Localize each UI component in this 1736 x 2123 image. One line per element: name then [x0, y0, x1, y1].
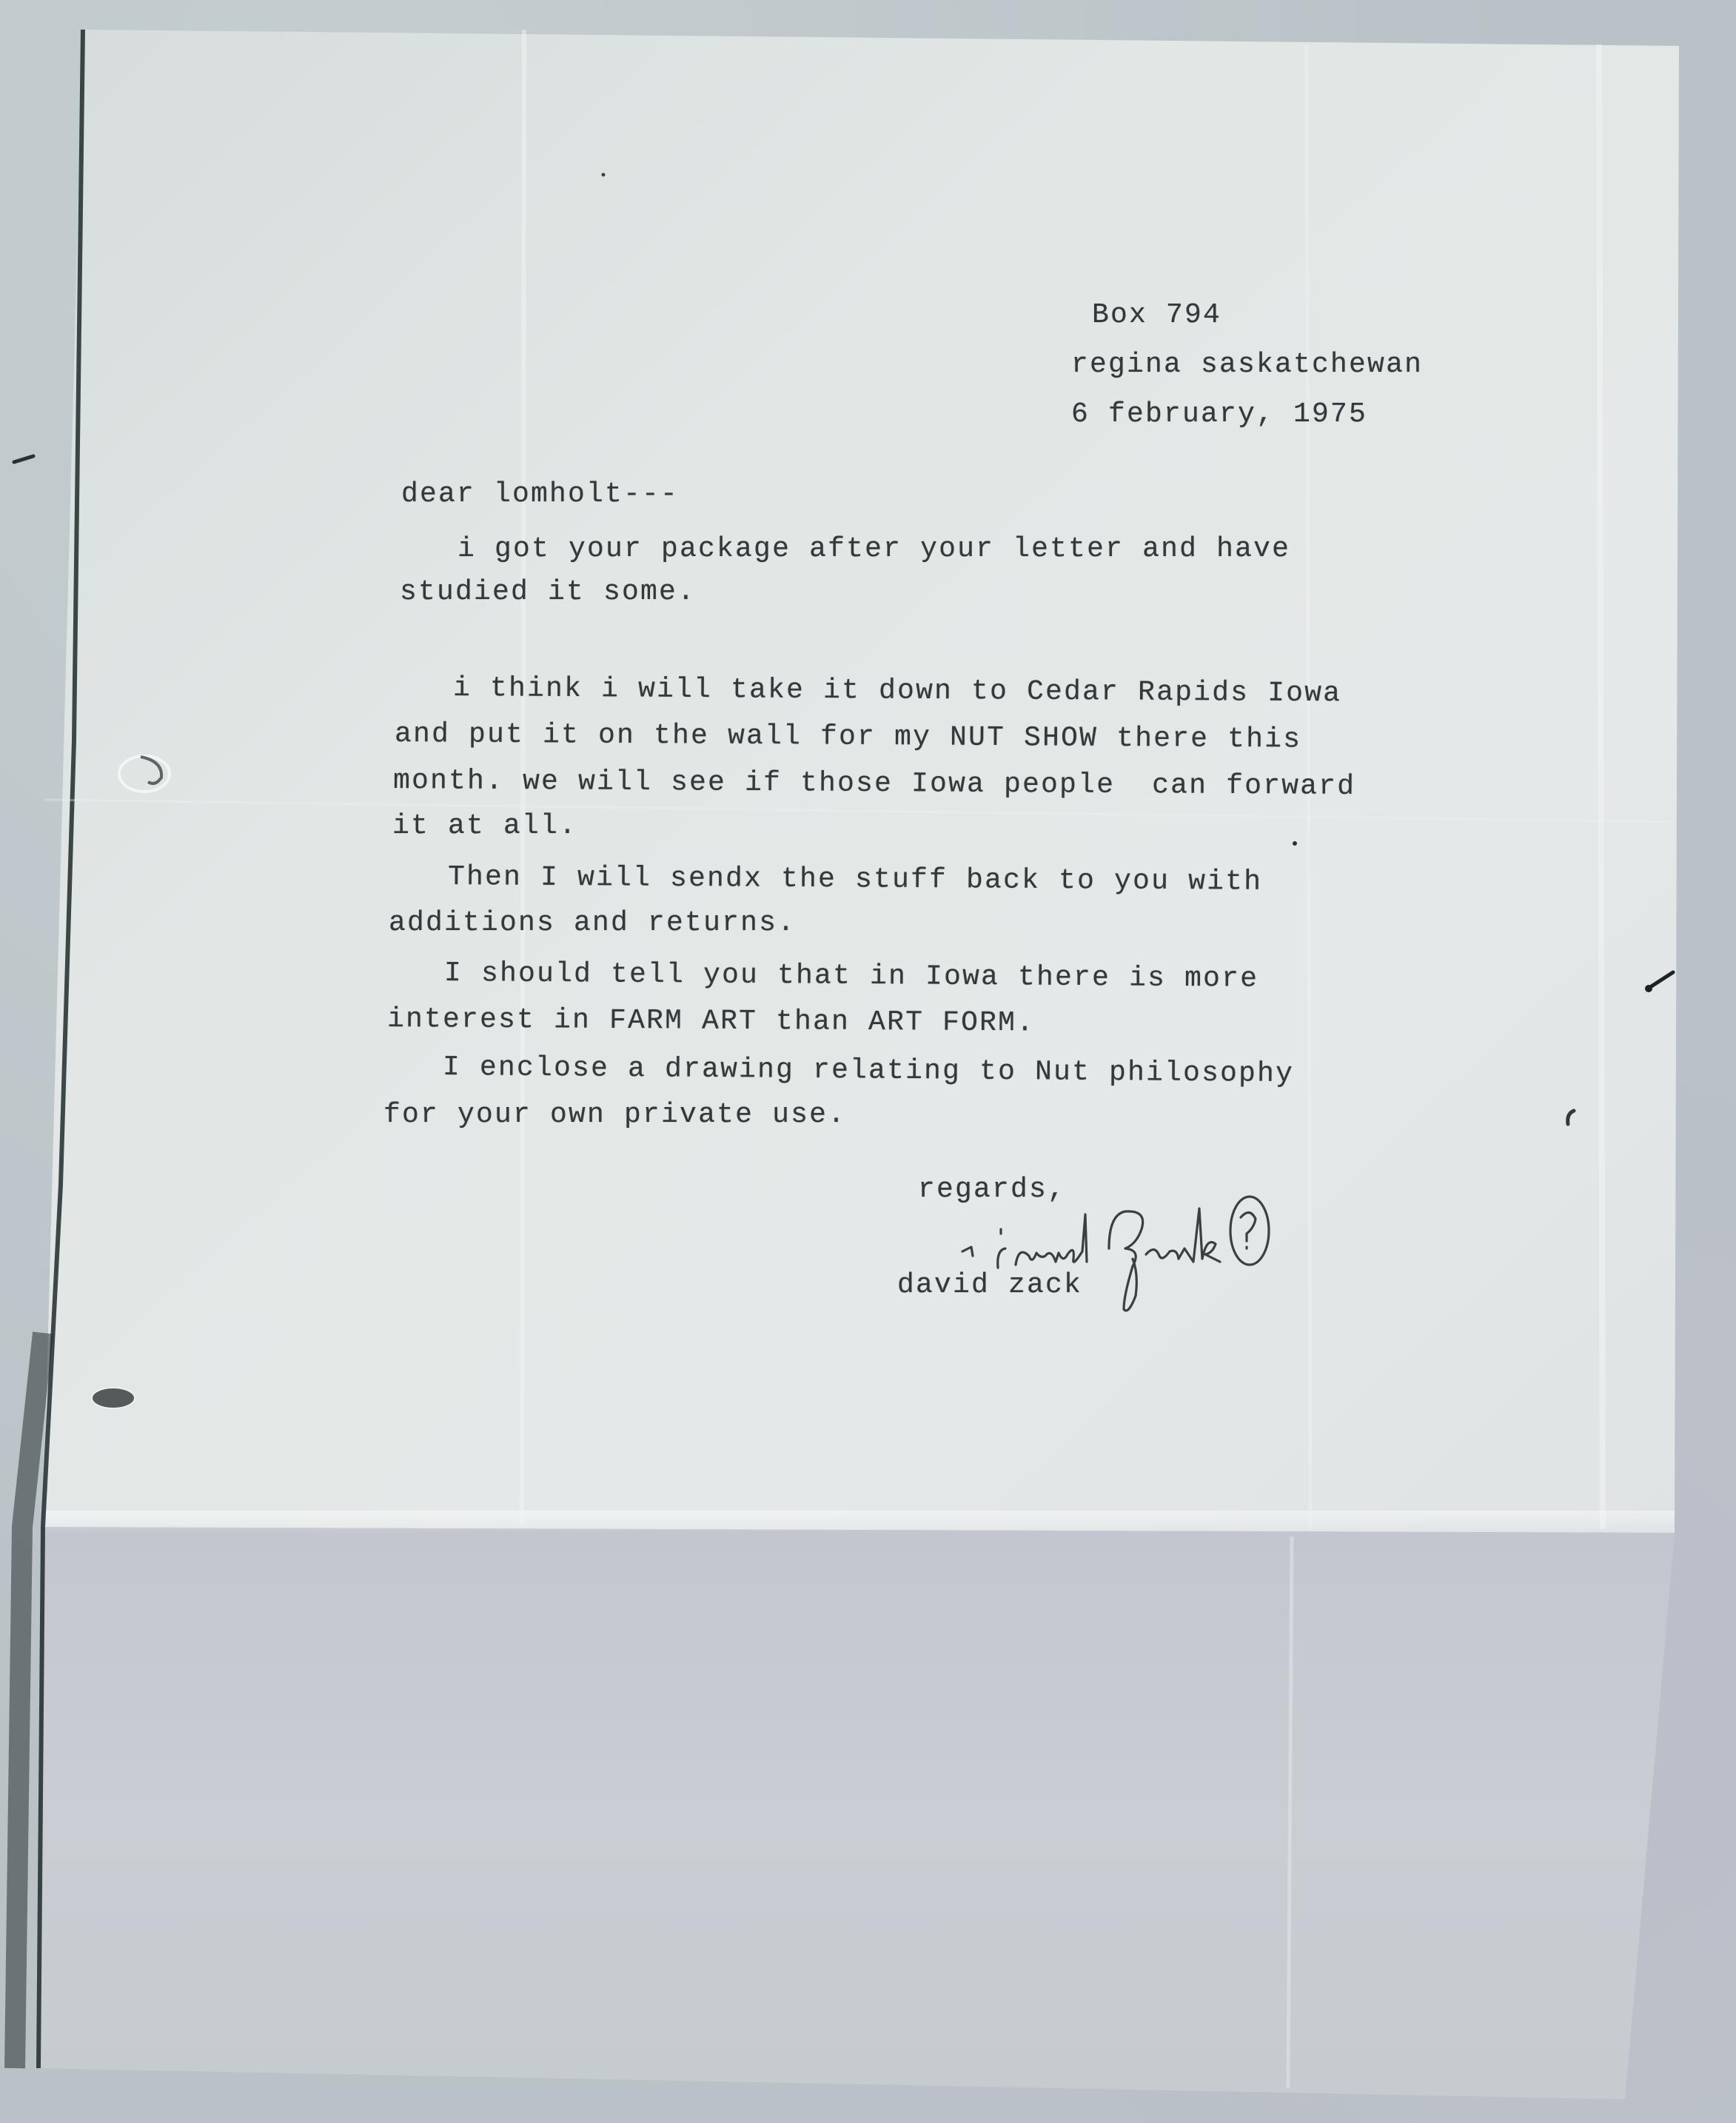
ink-dot-icon: [1290, 839, 1299, 848]
paragraph-2-line-1: i think i will take it down to Cedar Rap…: [453, 672, 1341, 709]
paragraph-5-line-2: for your own private use.: [383, 1099, 846, 1131]
paragraph-2-line-4: it at all.: [392, 810, 577, 842]
punch-hole-emboss-icon: [111, 748, 192, 800]
address-box: Box 794: [1092, 299, 1221, 331]
salutation: dear lomholt---: [401, 478, 679, 510]
ink-mark-icon: [1643, 966, 1680, 996]
paragraph-4-line-2: interest in FARM ART than ART FORM.: [387, 1003, 1035, 1039]
signature-typed-name: david zack: [897, 1269, 1082, 1301]
paragraph-2-line-2: and put it on the wall for my NUT SHOW t…: [395, 718, 1301, 755]
paragraph-2-line-3: month. we will see if those Iowa people …: [393, 765, 1355, 803]
paragraph-3-line-1: Then I will sendx the stuff back to you …: [448, 861, 1262, 898]
paragraph-1-line-1: i got your package after your letter and…: [458, 533, 1290, 565]
ink-mark-icon: [1562, 1103, 1584, 1133]
punch-hole-icon: [85, 1377, 144, 1422]
paragraph-1-line-2: studied it some.: [400, 576, 696, 608]
letter-date: 6 february, 1975: [1071, 398, 1367, 430]
address-city: regina saskatchewan: [1071, 349, 1423, 381]
ink-dot-icon: [600, 170, 607, 179]
paragraph-3-line-2: additions and returns.: [389, 907, 796, 939]
ink-mark-icon: [11, 452, 41, 467]
letter-sheet: Box 794 regina saskatchewan 6 february, …: [0, 0, 1736, 2123]
paragraph-4-line-1: I should tell you that in Iowa there is …: [444, 957, 1259, 995]
paragraph-5-line-1: I enclose a drawing relating to Nut phil…: [443, 1052, 1294, 1090]
